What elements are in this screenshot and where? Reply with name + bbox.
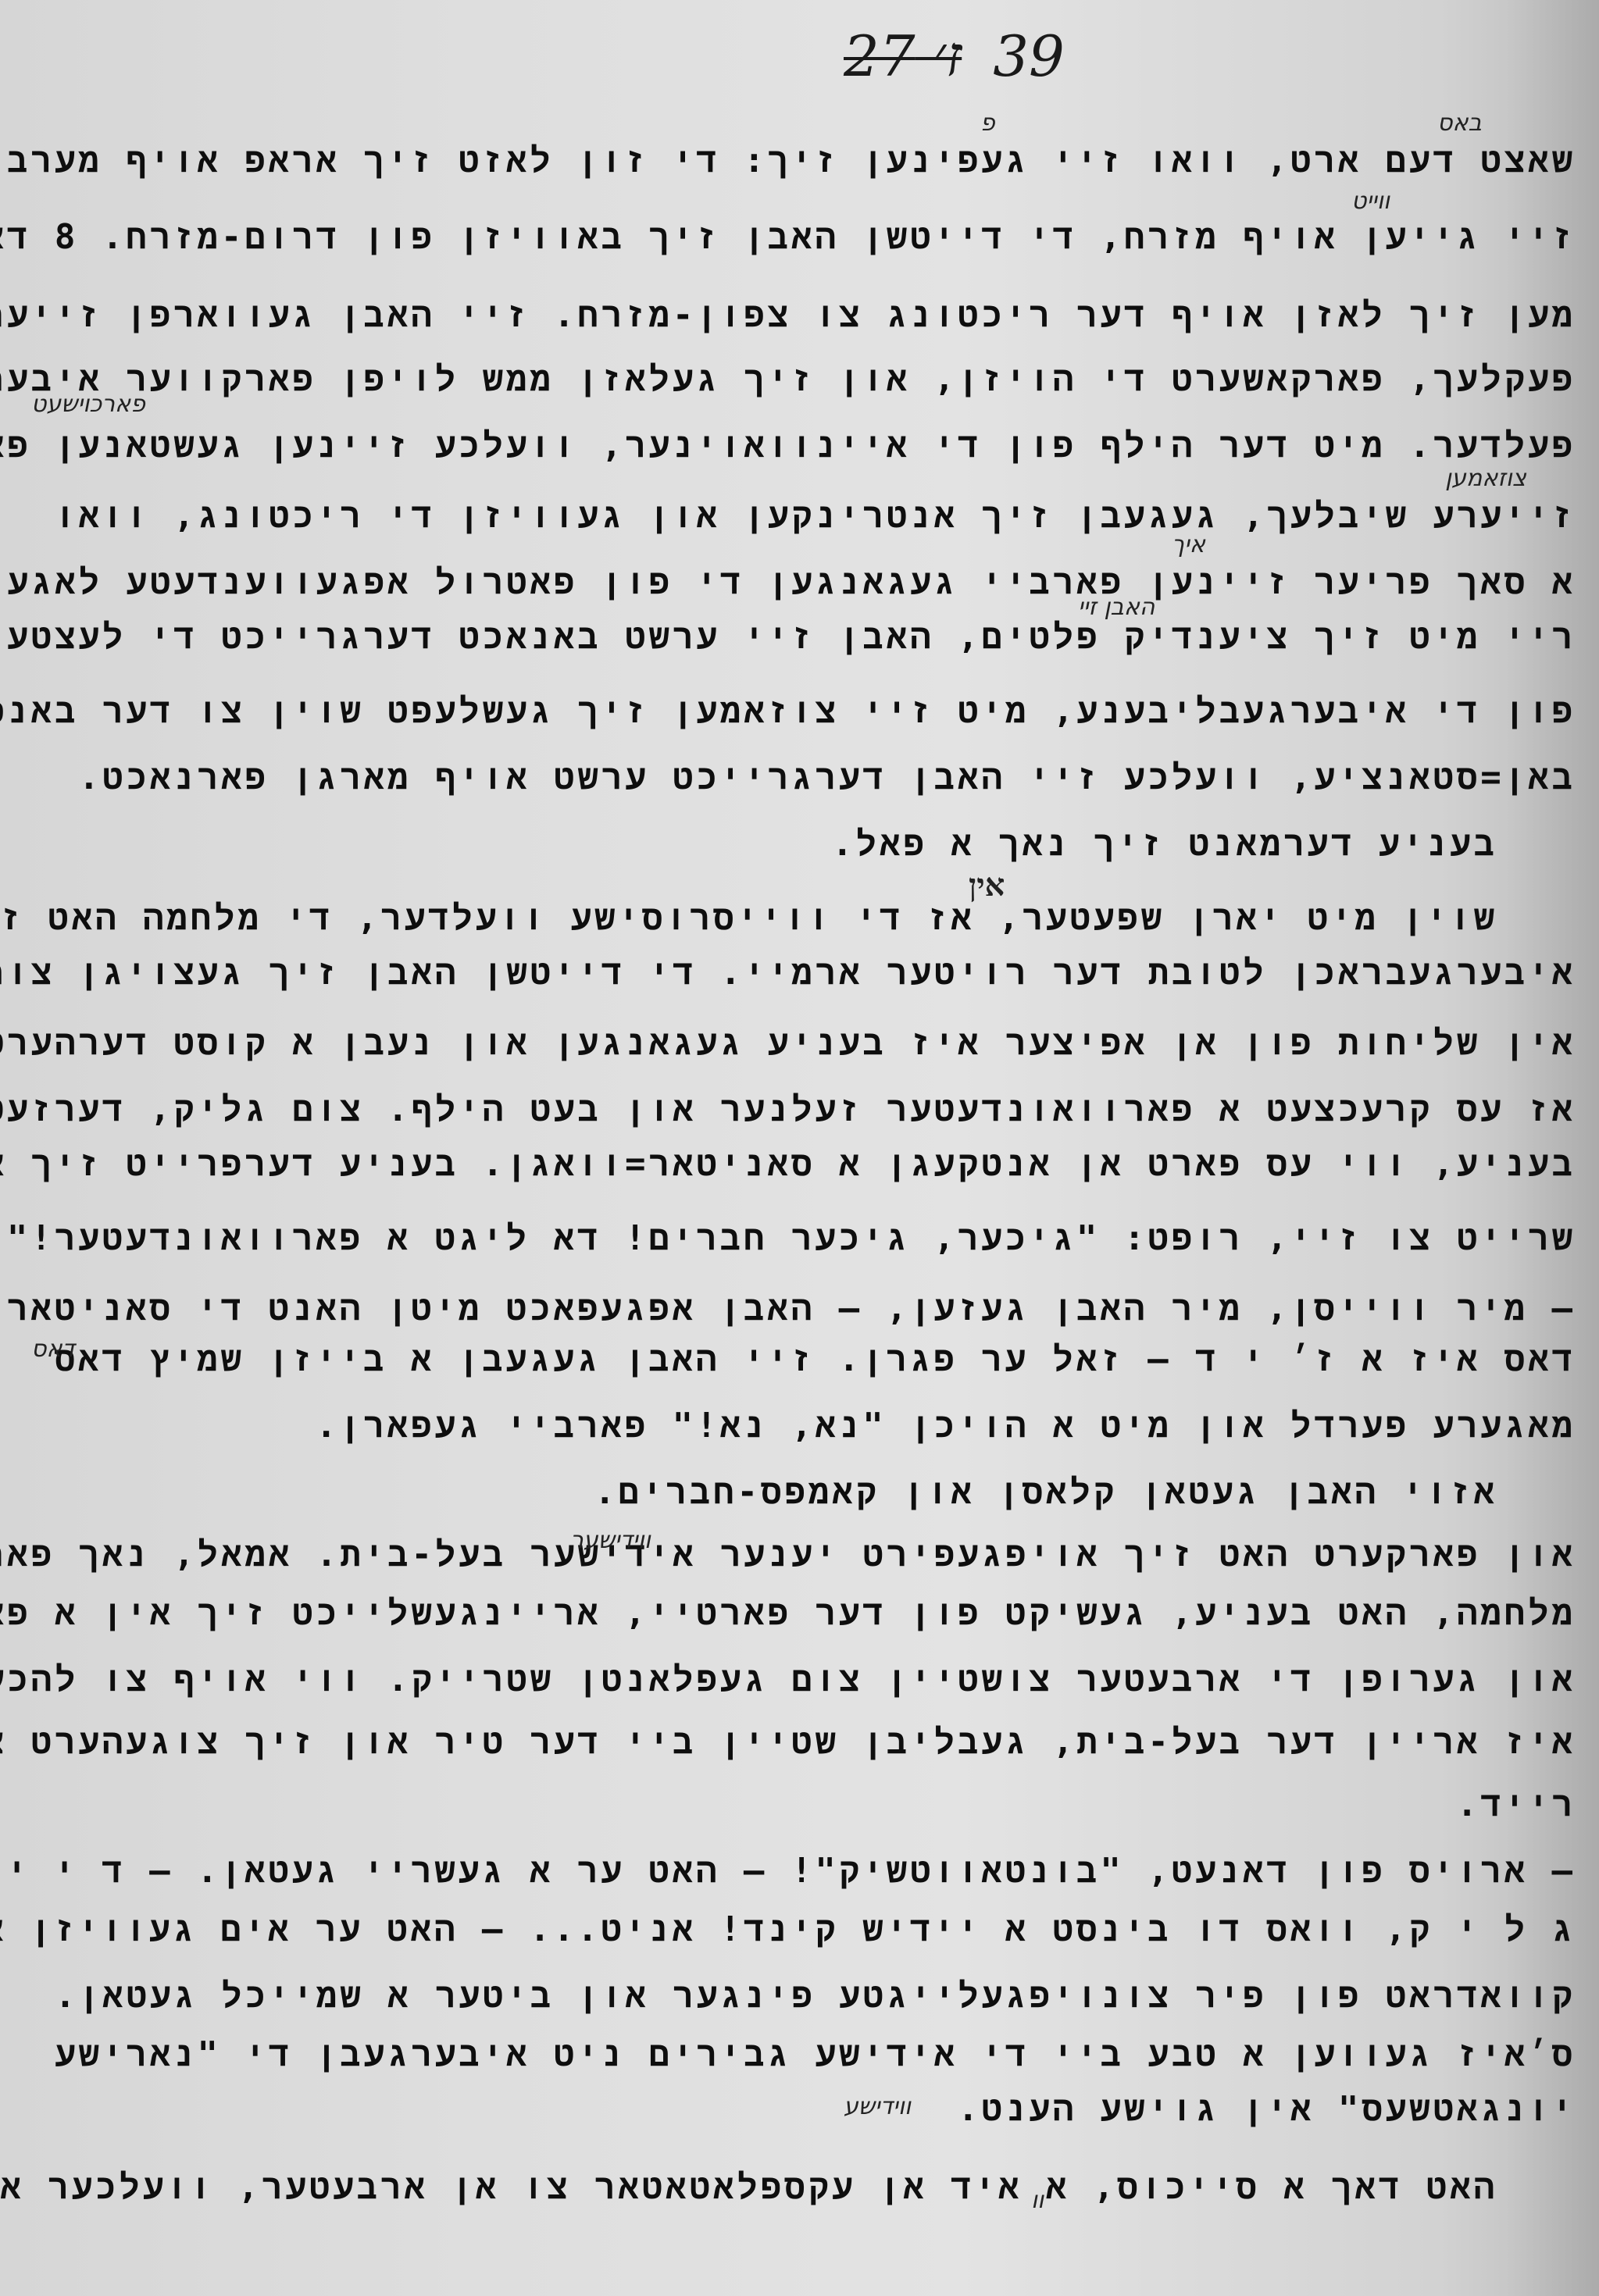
text-line: און פארקערט האט זיך אויפגעפירט יענער איד…: [0, 1535, 1576, 1577]
text-line: יונגאטשעס" אין גוישע הענט.: [958, 2089, 1576, 2131]
handwritten-annotation: צוזאמען: [1445, 465, 1526, 492]
page-number-struck: ז׳ 27: [844, 23, 962, 90]
text-line: האט דאך א סייכוס, א איד אן עקספלאטאטאר צ…: [0, 2167, 1497, 2209]
text-line: איז אריין דער בעל-בית, געבליבן שטיין ביי…: [0, 1722, 1576, 1764]
handwritten-annotation: פ: [980, 109, 995, 137]
text-line: קוואדראט פון פיר צונויפגעלייגטע פינגער א…: [55, 1976, 1576, 2018]
text-line: מען זיך לאזן אויף דער ריכטונג צו צפון-מז…: [0, 295, 1576, 337]
text-line: — מיר ווייסן, מיר האבן געזען, — האבן אפג…: [0, 1289, 1576, 1331]
typed-insertion: אין: [969, 867, 1005, 904]
handwritten-annotation: דאס: [31, 1335, 75, 1363]
text-line: דאס איז א ז׳ י ד — זאל ער פגרן. זיי האבן…: [55, 1339, 1576, 1382]
text-line: — ארויס פון דאנעט, "בונטאווטשיק"! — האט …: [0, 1851, 1576, 1893]
text-line: פעלדער. מיט דער הילף פון די איינוואוינער…: [0, 426, 1576, 468]
text-line: ג ל י ק, וואס דו בינסט א יידיש קינד! אני…: [0, 1909, 1576, 1952]
text-line: ס׳איז געווען א טבע ביי די אידישע גבירים …: [55, 2034, 1576, 2077]
text-line: זייערע שיבלעך, געגעבן זיך אנטרינקען און …: [55, 496, 1576, 538]
text-line: אז עס קרעכצעט א פארוואונדעטער זעלנער און…: [0, 1089, 1576, 1132]
text-line: שאצט דעם ארט, וואו זיי געפינען זיך: די ז…: [0, 141, 1576, 183]
handwritten-annotation: ווידישע: [844, 2093, 911, 2120]
text-line: אין שליחות פון אן אפיצער איז בעניע געגאנ…: [0, 1023, 1576, 1065]
document-page: ז׳ 27 39 שאצט דעם ארט, וואו זיי געפינען …: [0, 0, 1599, 2296]
text-line: פעקלעך, פארקאשערט די הויזן, און זיך געלא…: [0, 359, 1576, 401]
text-line: באן=סטאנציע, וועלכע זיי האבן דערגרייכט ע…: [79, 758, 1576, 800]
text-line: שוין מיט יארן שפעטער, אז די ווייסרוסישע …: [0, 898, 1497, 940]
text-line: בעניע, ווי עס פארט אן אנטקעגן א סאניטאר=…: [0, 1144, 1576, 1186]
text-line: שרייט צו זיי, רופט: "גיכער, גיכער חברים!…: [7, 1218, 1576, 1260]
text-line: ריי מיט זיך ציענדיק פלטים, האבן זיי ערשט…: [0, 617, 1576, 659]
page-number: ז׳ 27 39: [844, 23, 1065, 90]
text-line: אזוי האבן געטאן קלאסן און קאמפס-חברים.: [594, 1472, 1497, 1514]
text-line: זיי גייען אויף מזרח, די דייטשן האבן זיך …: [0, 217, 1576, 259]
handwritten-annotation: וו: [1031, 2187, 1044, 2214]
text-line: און גערופן די ארבעטער צושטיין צום געפלאנ…: [0, 1660, 1576, 1702]
text-line: רייד.: [1457, 1784, 1576, 1827]
handwritten-annotation: ווייט: [1351, 187, 1390, 215]
text-line: א סאך פריער זיינען פארביי געגאנגען די פו…: [7, 562, 1576, 604]
text-line: פון די איבערגעבליבענע, מיט זיי צוזאמען ז…: [0, 691, 1576, 733]
text-line: איבערגעבראכן לטובת דער רויטער ארמיי. די …: [0, 953, 1576, 995]
text-line: מלחמה, האט בעניע, געשיקט פון דער פארטיי,…: [0, 1593, 1576, 1635]
handwritten-annotation: באס: [1437, 109, 1482, 137]
handwritten-annotation: ווידישער: [570, 1527, 651, 1554]
text-line: מאגערע פערדל און מיט א הויכן "נא, נא!" פ…: [316, 1406, 1576, 1448]
page-number-value: 39: [993, 23, 1065, 89]
text-line: בעניע דערמאנט זיך נאך א פאל.: [832, 824, 1497, 866]
handwritten-annotation: פארכוישעט: [31, 390, 145, 418]
handwritten-annotation: האבן זיי: [1078, 594, 1155, 621]
handwritten-annotation: איך: [1172, 531, 1205, 558]
